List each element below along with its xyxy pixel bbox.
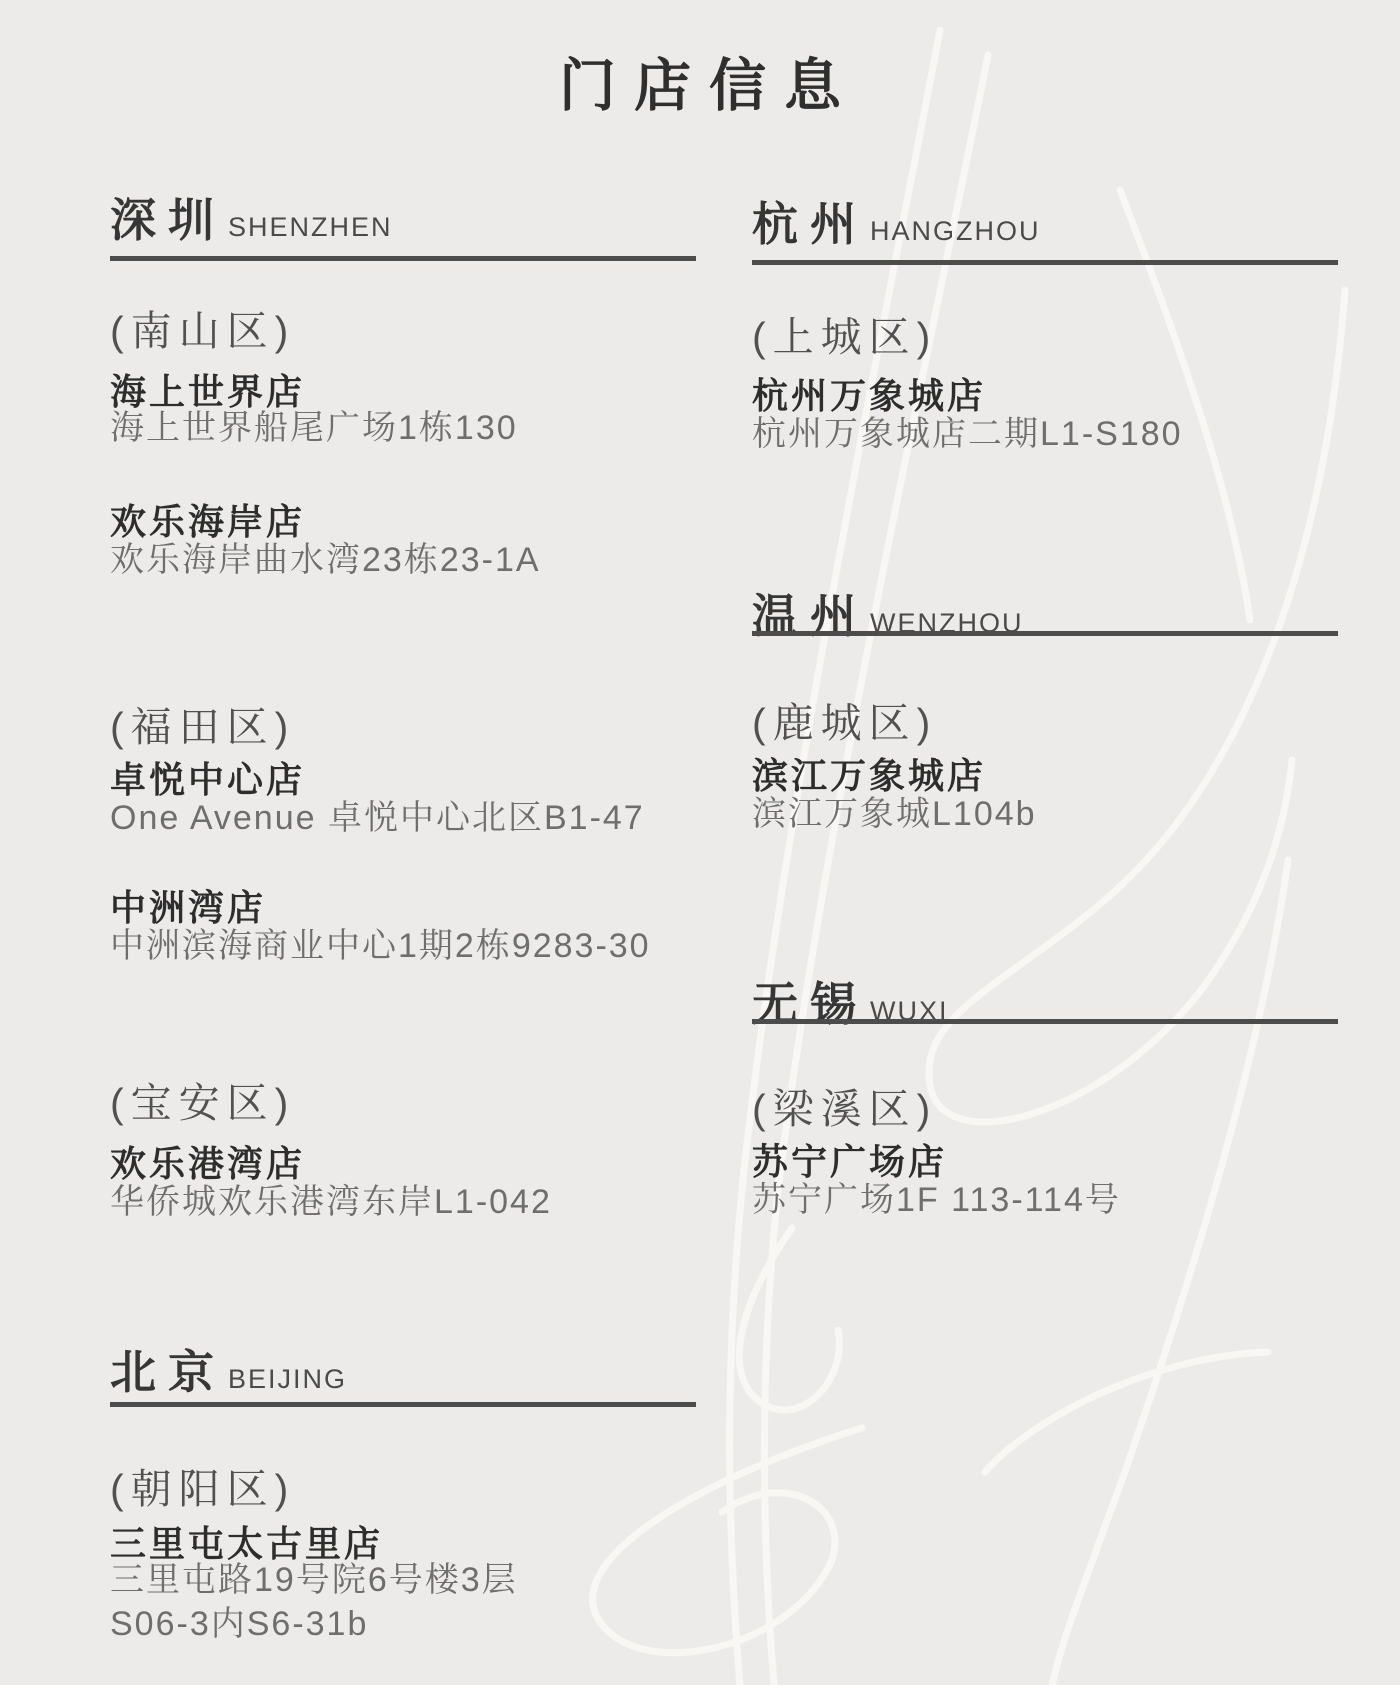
city-divider xyxy=(110,1402,696,1407)
district-label: (宝安区) xyxy=(110,1070,295,1129)
city-header-wuxi: 无锡 WUXI xyxy=(752,968,949,1034)
district-label: (梁溪区) xyxy=(752,1076,937,1135)
store-address: 华侨城欢乐港湾东岸L1-042 xyxy=(110,1180,552,1224)
district-label: (朝阳区) xyxy=(110,1456,295,1515)
district-label: (鹿城区) xyxy=(752,690,937,749)
store-address: 欢乐海岸曲水湾23栋23-1A xyxy=(110,538,541,582)
city-divider xyxy=(752,631,1338,636)
city-divider xyxy=(110,256,696,261)
city-name: 北京 xyxy=(110,1336,226,1402)
city-name: 杭州 xyxy=(752,188,868,254)
city-header-hangzhou: 杭州 HANGZHOU xyxy=(752,188,1041,254)
city-name-en: BEIJING xyxy=(228,1364,347,1395)
city-name: 温州 xyxy=(752,580,868,646)
city-header-wenzhou: 温州 WENZHOU xyxy=(752,580,1023,646)
city-name: 深圳 xyxy=(110,184,226,250)
district-label: (上城区) xyxy=(752,304,937,363)
city-name: 无锡 xyxy=(752,968,868,1034)
content-layer: 门店信息 深圳 SHENZHEN (南山区) 海上世界店 海上世界船尾广场1栋1… xyxy=(0,0,1400,1685)
city-divider xyxy=(752,1019,1338,1024)
store-address: S06-3内S6-31b xyxy=(110,1602,368,1646)
store-address: One Avenue 卓悦中心北区B1-47 xyxy=(110,796,645,840)
page-title: 门店信息 xyxy=(0,40,1400,122)
store-address: 苏宁广场1F 113-114号 xyxy=(752,1178,1121,1222)
city-divider xyxy=(752,260,1338,265)
store-address: 三里屯路19号院6号楼3层 xyxy=(110,1558,518,1602)
city-name-en: SHENZHEN xyxy=(228,212,393,243)
store-address: 杭州万象城店二期L1-S180 xyxy=(752,412,1183,456)
store-address: 中洲滨海商业中心1期2栋9283-30 xyxy=(110,924,651,968)
district-label: (福田区) xyxy=(110,694,295,753)
city-header-beijing: 北京 BEIJING xyxy=(110,1336,347,1402)
store-address: 海上世界船尾广场1栋130 xyxy=(110,406,518,450)
city-name-en: HANGZHOU xyxy=(870,216,1041,247)
store-info-poster: 门店信息 深圳 SHENZHEN (南山区) 海上世界店 海上世界船尾广场1栋1… xyxy=(0,0,1400,1685)
district-label: (南山区) xyxy=(110,298,295,357)
city-header-shenzhen: 深圳 SHENZHEN xyxy=(110,184,393,250)
store-address: 滨江万象城L104b xyxy=(752,792,1037,836)
